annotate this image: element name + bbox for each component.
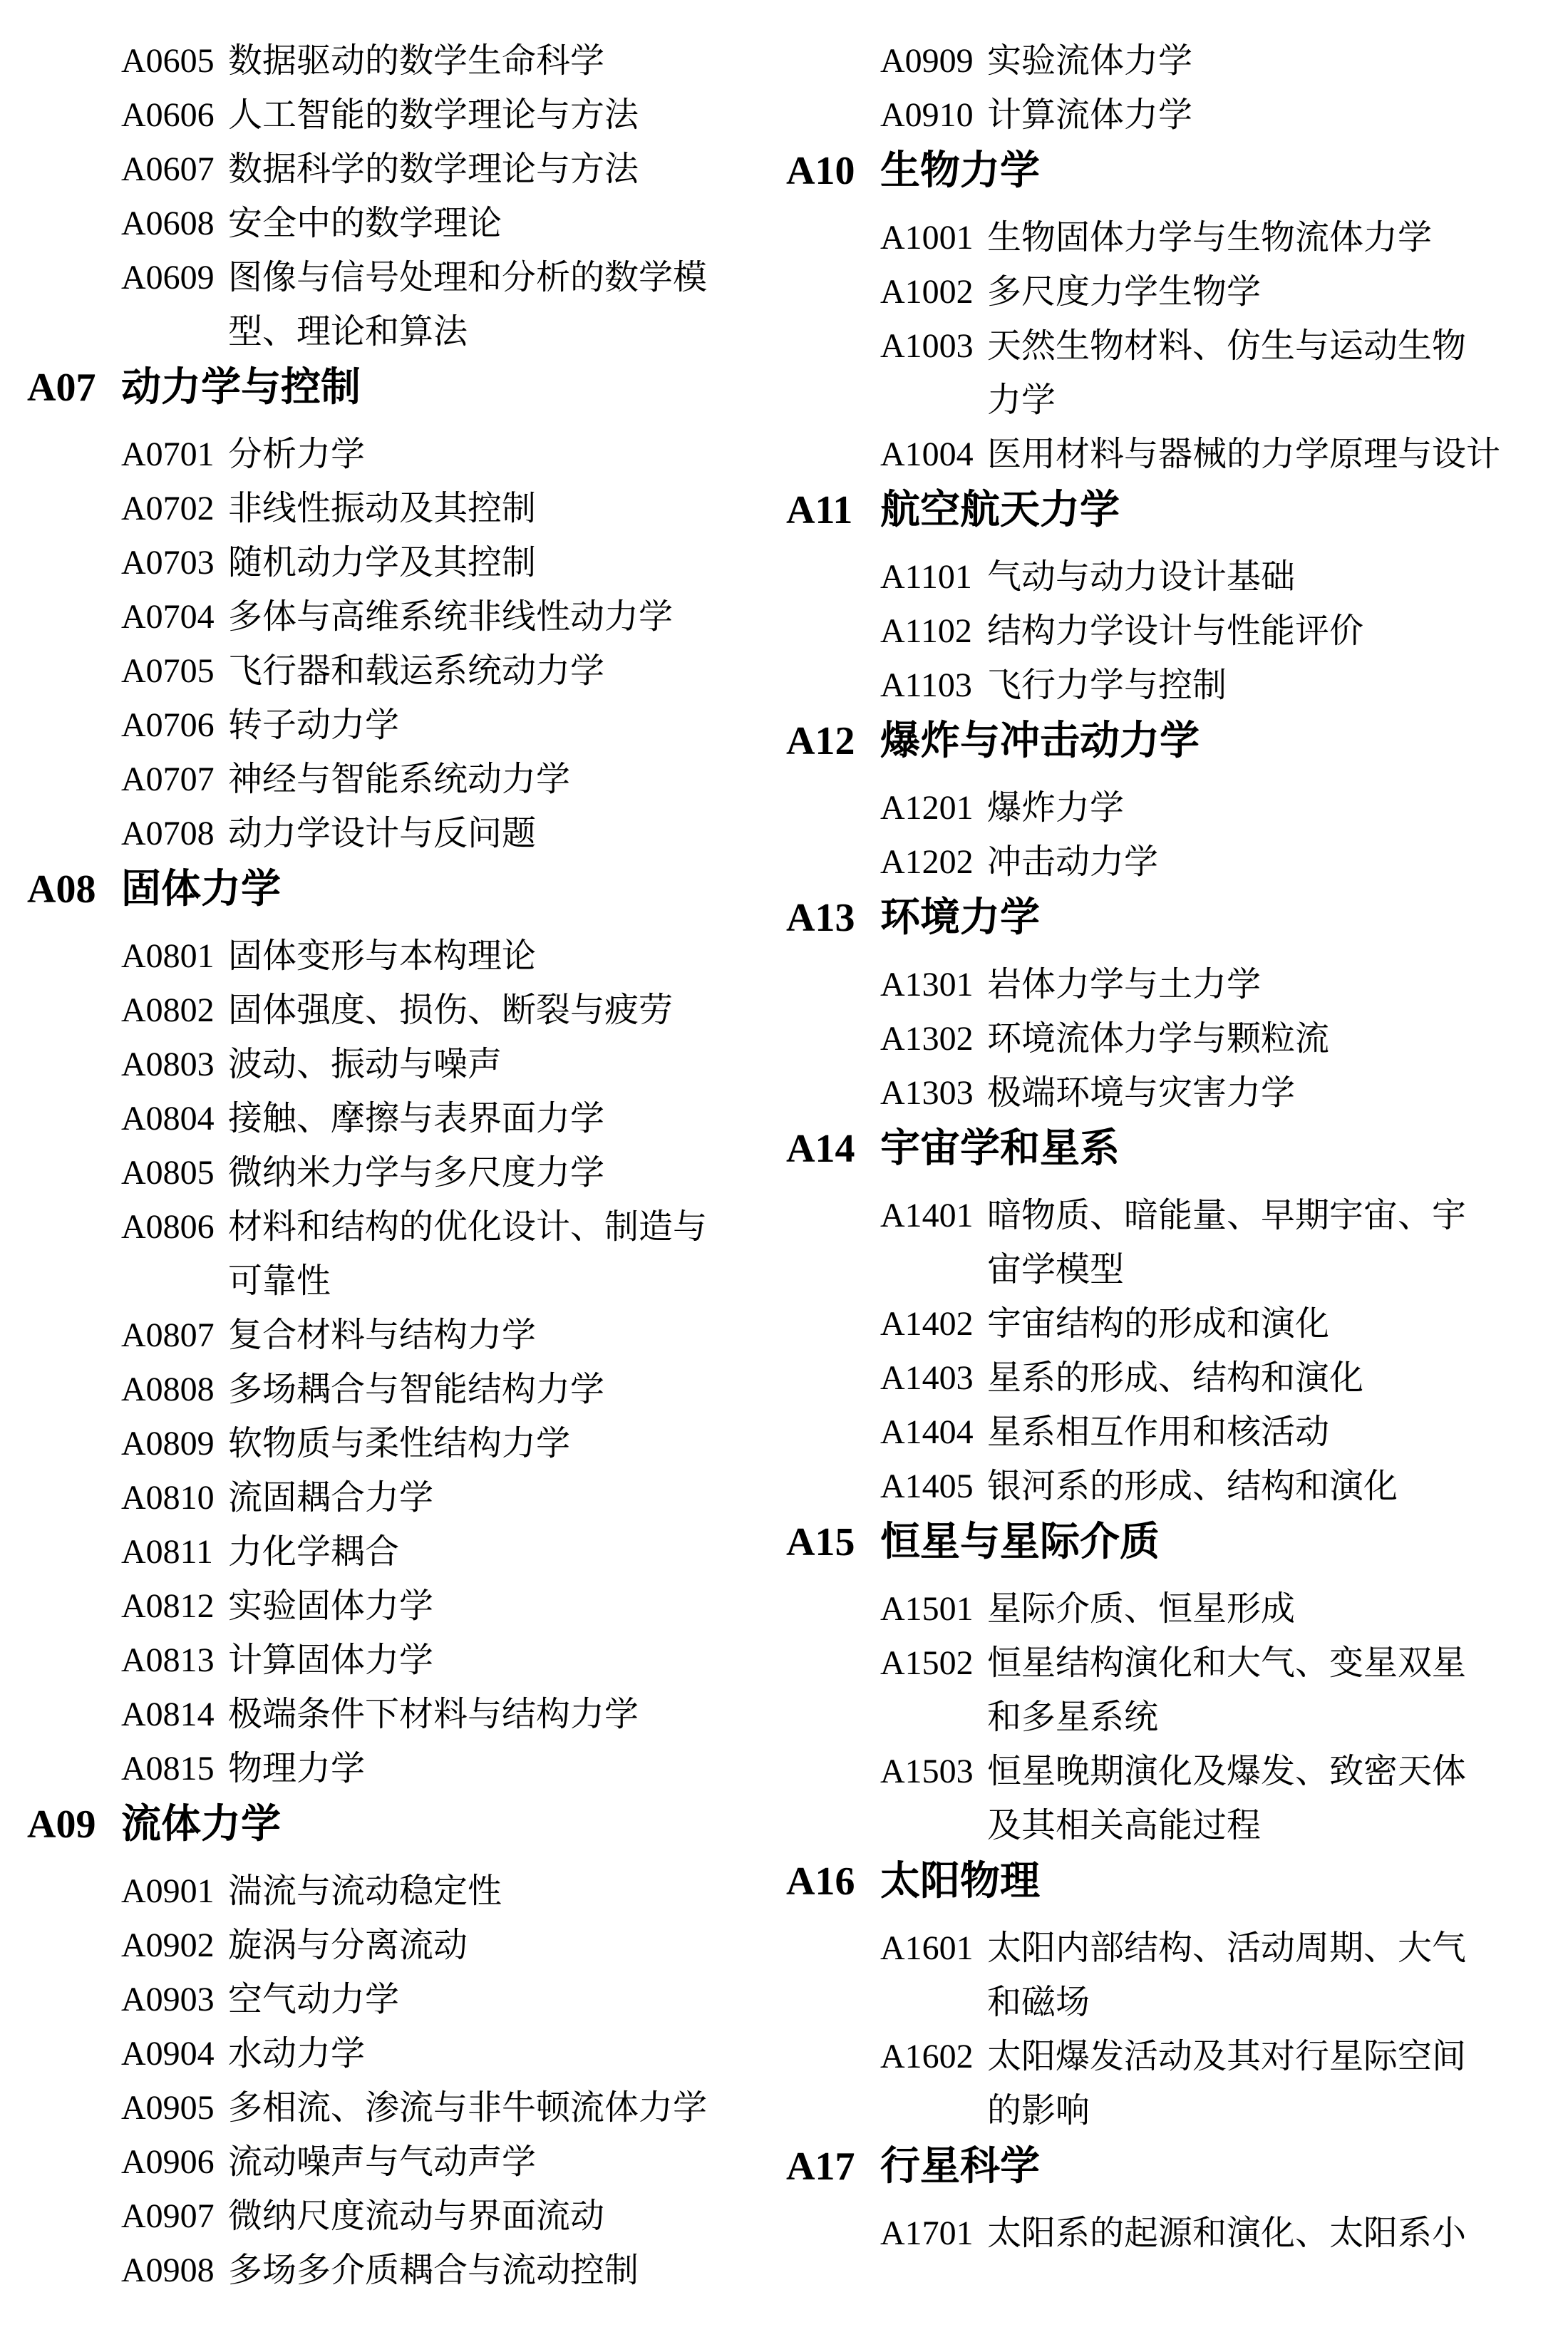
- subject-row: A0805微纳米力学与多尺度力学: [0, 1146, 759, 1200]
- subject-row: A0701分析力学: [0, 428, 759, 482]
- subject-row: A0704多体与高维系统非线性动力学: [0, 590, 759, 644]
- subject-row: A0802固体强度、损伤、断裂与疲劳: [0, 984, 759, 1038]
- subject-code: A0804: [121, 1092, 228, 1146]
- subject-text: 恒星晚期演化及爆发、致密天体 及其相关高能过程: [987, 1745, 1568, 1853]
- subject-text: 极端条件下材料与结构力学: [228, 1688, 827, 1742]
- subject-code: A0606: [121, 88, 228, 143]
- subject-code: A0708: [121, 807, 228, 861]
- subject-code: A0810: [121, 1471, 228, 1525]
- subject-code: A0805: [121, 1146, 228, 1200]
- subject-row: A0801固体变形与本构理论: [0, 929, 759, 984]
- subject-text: 多体与高维系统非线性动力学: [228, 590, 827, 644]
- subject-code: A0703: [121, 536, 228, 590]
- subject-text: 多场耦合与智能结构力学: [228, 1363, 827, 1417]
- subject-code: A1004: [880, 428, 987, 482]
- section-header-row: A12爆炸与冲击动力学: [759, 713, 1568, 781]
- subject-text: 波动、振动与噪声: [228, 1038, 827, 1092]
- subject-code: A1301: [880, 958, 987, 1012]
- subject-code: A1602: [880, 2030, 987, 2084]
- subject-code: A0701: [121, 428, 228, 482]
- subject-code: A0608: [121, 197, 228, 251]
- subject-code: A0704: [121, 590, 228, 644]
- subject-row: A0708动力学设计与反问题: [0, 807, 759, 861]
- subject-text: 随机动力学及其控制: [228, 536, 827, 590]
- subject-code: A1601: [880, 1921, 987, 1976]
- section-code: A11: [786, 482, 880, 539]
- subject-row: A0907微纳尺度流动与界面流动: [0, 2189, 759, 2244]
- section-title: 爆炸与冲击动力学: [880, 713, 1200, 770]
- subject-text: 数据驱动的数学生命科学: [228, 34, 827, 88]
- subject-code: A1201: [880, 781, 987, 835]
- section-code: A17: [786, 2138, 880, 2195]
- subject-text: 计算固体力学: [228, 1634, 827, 1688]
- subject-code: A1701: [880, 2207, 987, 2261]
- section-code: A09: [27, 1796, 121, 1853]
- subject-code: A1002: [880, 265, 987, 319]
- subject-text: 极端环境与灾害力学: [987, 1066, 1568, 1120]
- subject-text: 恒星结构演化和大气、变星双星 和多星系统: [987, 1636, 1568, 1745]
- subject-row: A1003天然生物材料、仿生与运动生物 力学: [759, 319, 1568, 428]
- subject-text: 天然生物材料、仿生与运动生物 力学: [987, 319, 1568, 428]
- subject-row: A0703随机动力学及其控制: [0, 536, 759, 590]
- subject-text: 实验固体力学: [228, 1579, 827, 1634]
- subject-code: A0902: [121, 1919, 228, 1973]
- subject-row: A0908多场多介质耦合与流动控制: [0, 2244, 759, 2298]
- subject-row: A1002多尺度力学生物学: [759, 265, 1568, 319]
- subject-code: A0707: [121, 753, 228, 807]
- subject-code: A0809: [121, 1417, 228, 1471]
- subject-code: A1003: [880, 319, 987, 373]
- section-title: 动力学与控制: [121, 359, 361, 416]
- subject-row: A1404星系相互作用和核活动: [759, 1405, 1568, 1460]
- subject-code: A0807: [121, 1309, 228, 1363]
- subject-row: A1301岩体力学与土力学: [759, 958, 1568, 1012]
- section-header-row: A13环境力学: [759, 889, 1568, 958]
- section-title: 生物力学: [880, 143, 1040, 200]
- subject-row: A0807复合材料与结构力学: [0, 1309, 759, 1363]
- section-title: 宇宙学和星系: [880, 1120, 1120, 1177]
- subject-code: A0908: [121, 2244, 228, 2298]
- subject-text: 接触、摩擦与表界面力学: [228, 1092, 827, 1146]
- subject-row: A0806材料和结构的优化设计、制造与 可靠性: [0, 1200, 759, 1309]
- subject-code: A0814: [121, 1688, 228, 1742]
- subject-text: 神经与智能系统动力学: [228, 753, 827, 807]
- subject-code: A1404: [880, 1405, 987, 1460]
- section-title: 航空航天力学: [880, 482, 1120, 539]
- section-header-row: A10生物力学: [759, 143, 1568, 211]
- column-left: A0605数据驱动的数学生命科学A0606人工智能的数学理论与方法A0607数据…: [0, 0, 759, 2298]
- section-title: 恒星与星际介质: [880, 1514, 1160, 1571]
- subject-code: A0903: [121, 1973, 228, 2027]
- subject-text: 水动力学: [228, 2027, 827, 2081]
- subject-text: 飞行器和载运系统动力学: [228, 644, 827, 698]
- subject-code: A0609: [121, 251, 228, 305]
- subject-row: A0804接触、摩擦与表界面力学: [0, 1092, 759, 1146]
- subject-text: 固体强度、损伤、断裂与疲劳: [228, 984, 827, 1038]
- subject-row: A0909实验流体力学: [759, 34, 1568, 88]
- subject-code: A0812: [121, 1579, 228, 1634]
- subject-code: A0813: [121, 1634, 228, 1688]
- subject-row: A0606人工智能的数学理论与方法: [0, 88, 759, 143]
- subject-text: 旋涡与分离流动: [228, 1919, 827, 1973]
- subject-code: A1101: [880, 550, 987, 604]
- subject-row: A1001生物固体力学与生物流体力学: [759, 211, 1568, 265]
- subject-text: 动力学设计与反问题: [228, 807, 827, 861]
- subject-text: 数据科学的数学理论与方法: [228, 143, 827, 197]
- subject-row: A0707神经与智能系统动力学: [0, 753, 759, 807]
- subject-code: A0802: [121, 984, 228, 1038]
- subject-row: A1201爆炸力学: [759, 781, 1568, 835]
- subject-text: 物理力学: [228, 1742, 827, 1796]
- subject-code: A1405: [880, 1460, 987, 1514]
- section-header-row: A15恒星与星际介质: [759, 1514, 1568, 1582]
- section-code: A13: [786, 889, 880, 946]
- subject-text: 流动噪声与气动声学: [228, 2135, 827, 2189]
- subject-text: 飞行力学与控制: [987, 659, 1568, 713]
- subject-row: A1403星系的形成、结构和演化: [759, 1351, 1568, 1405]
- section-code: A08: [27, 861, 121, 918]
- subject-row: A0808多场耦合与智能结构力学: [0, 1363, 759, 1417]
- subject-code: A1103: [880, 659, 987, 713]
- section-header-row: A17行星科学: [759, 2138, 1568, 2207]
- subject-text: 流固耦合力学: [228, 1471, 827, 1525]
- subject-text: 实验流体力学: [987, 34, 1568, 88]
- subject-row: A0910计算流体力学: [759, 88, 1568, 143]
- section-title: 行星科学: [880, 2138, 1040, 2195]
- subject-row: A0607数据科学的数学理论与方法: [0, 143, 759, 197]
- section-code: A14: [786, 1120, 880, 1177]
- section-code: A15: [786, 1514, 880, 1571]
- subject-code: A1403: [880, 1351, 987, 1405]
- subject-code: A1102: [880, 604, 987, 659]
- subject-code: A1402: [880, 1297, 987, 1351]
- section-title: 流体力学: [121, 1796, 281, 1853]
- subject-row: A0904水动力学: [0, 2027, 759, 2081]
- subject-code: A0605: [121, 34, 228, 88]
- section-title: 太阳物理: [880, 1853, 1040, 1910]
- subject-code: A0905: [121, 2081, 228, 2135]
- subject-code: A1202: [880, 835, 987, 889]
- subject-row: A0605数据驱动的数学生命科学: [0, 34, 759, 88]
- subject-code: A0806: [121, 1200, 228, 1254]
- subject-text: 计算流体力学: [987, 88, 1568, 143]
- subject-text: 多场多介质耦合与流动控制: [228, 2244, 827, 2298]
- subject-code: A0815: [121, 1742, 228, 1796]
- subject-code: A0801: [121, 929, 228, 984]
- section-code: A07: [27, 359, 121, 416]
- subject-text: 非线性振动及其控制: [228, 482, 827, 536]
- subject-text: 人工智能的数学理论与方法: [228, 88, 827, 143]
- subject-code: A0803: [121, 1038, 228, 1092]
- subject-text: 爆炸力学: [987, 781, 1568, 835]
- section-header-row: A07动力学与控制: [0, 359, 759, 428]
- subject-code: A0906: [121, 2135, 228, 2189]
- subject-row: A0813计算固体力学: [0, 1634, 759, 1688]
- section-header-row: A09流体力学: [0, 1796, 759, 1864]
- subject-code: A1502: [880, 1636, 987, 1691]
- subject-text: 软物质与柔性结构力学: [228, 1417, 827, 1471]
- subject-row: A1302环境流体力学与颗粒流: [759, 1012, 1568, 1066]
- subject-text: 太阳内部结构、活动周期、大气 和磁场: [987, 1921, 1568, 2030]
- subject-text: 气动与动力设计基础: [987, 550, 1568, 604]
- subject-code: A1503: [880, 1745, 987, 1799]
- subject-row: A0902旋涡与分离流动: [0, 1919, 759, 1973]
- subject-row: A1601太阳内部结构、活动周期、大气 和磁场: [759, 1921, 1568, 2030]
- subject-text: 湍流与流动稳定性: [228, 1864, 827, 1919]
- subject-code: A1501: [880, 1582, 987, 1636]
- section-code: A16: [786, 1853, 880, 1910]
- subject-text: 分析力学: [228, 428, 827, 482]
- section-code: A10: [786, 143, 880, 200]
- subject-text: 太阳系的起源和演化、太阳系小: [987, 2207, 1568, 2261]
- subject-row: A0809软物质与柔性结构力学: [0, 1417, 759, 1471]
- column-right: A0909实验流体力学A0910计算流体力学A10生物力学A1001生物固体力学…: [759, 0, 1568, 2261]
- subject-code: A0910: [880, 88, 987, 143]
- subject-row: A0702非线性振动及其控制: [0, 482, 759, 536]
- subject-row: A1102结构力学设计与性能评价: [759, 604, 1568, 659]
- section-title: 环境力学: [880, 889, 1040, 946]
- subject-text: 多尺度力学生物学: [987, 265, 1568, 319]
- subject-text: 暗物质、暗能量、早期宇宙、宇 宙学模型: [987, 1189, 1568, 1297]
- subject-text: 材料和结构的优化设计、制造与 可靠性: [228, 1200, 827, 1309]
- subject-row: A1701太阳系的起源和演化、太阳系小: [759, 2207, 1568, 2261]
- subject-code: A0909: [880, 34, 987, 88]
- subject-code: A0907: [121, 2189, 228, 2244]
- subject-row: A0608安全中的数学理论: [0, 197, 759, 251]
- subject-row: A1402宇宙结构的形成和演化: [759, 1297, 1568, 1351]
- subject-row: A1101气动与动力设计基础: [759, 550, 1568, 604]
- subject-row: A0812实验固体力学: [0, 1579, 759, 1634]
- section-header-row: A08固体力学: [0, 861, 759, 929]
- subject-row: A1103飞行力学与控制: [759, 659, 1568, 713]
- subject-row: A0815物理力学: [0, 1742, 759, 1796]
- subject-code: A1401: [880, 1189, 987, 1243]
- subject-row: A1202冲击动力学: [759, 835, 1568, 889]
- subject-row: A1303极端环境与灾害力学: [759, 1066, 1568, 1120]
- subject-code: A1302: [880, 1012, 987, 1066]
- subject-text: 固体变形与本构理论: [228, 929, 827, 984]
- subject-row: A0814极端条件下材料与结构力学: [0, 1688, 759, 1742]
- subject-text: 多相流、渗流与非牛顿流体力学: [228, 2081, 827, 2135]
- subject-code: A0607: [121, 143, 228, 197]
- subject-code: A0811: [121, 1525, 228, 1579]
- subject-text: 安全中的数学理论: [228, 197, 827, 251]
- subject-text: 医用材料与器械的力学原理与设计: [987, 428, 1568, 482]
- subject-row: A1401暗物质、暗能量、早期宇宙、宇 宙学模型: [759, 1189, 1568, 1297]
- subject-text: 太阳爆发活动及其对行星际空间 的影响: [987, 2030, 1568, 2138]
- subject-text: 宇宙结构的形成和演化: [987, 1297, 1568, 1351]
- subject-code: A0706: [121, 698, 228, 753]
- section-title: 固体力学: [121, 861, 281, 918]
- subject-row: A1503恒星晚期演化及爆发、致密天体 及其相关高能过程: [759, 1745, 1568, 1853]
- subject-code: A0705: [121, 644, 228, 698]
- subject-row: A0905多相流、渗流与非牛顿流体力学: [0, 2081, 759, 2135]
- subject-text: 星系的形成、结构和演化: [987, 1351, 1568, 1405]
- subject-code: A0901: [121, 1864, 228, 1919]
- subject-row: A0903空气动力学: [0, 1973, 759, 2027]
- subject-text: 复合材料与结构力学: [228, 1309, 827, 1363]
- section-code: A12: [786, 713, 880, 770]
- subject-row: A1502恒星结构演化和大气、变星双星 和多星系统: [759, 1636, 1568, 1745]
- subject-row: A0705飞行器和载运系统动力学: [0, 644, 759, 698]
- subject-row: A1501星际介质、恒星形成: [759, 1582, 1568, 1636]
- subject-text: 力化学耦合: [228, 1525, 827, 1579]
- document-page: A0605数据驱动的数学生命科学A0606人工智能的数学理论与方法A0607数据…: [0, 0, 1568, 2332]
- subject-text: 图像与信号处理和分析的数学模 型、理论和算法: [228, 251, 827, 359]
- subject-row: A0609图像与信号处理和分析的数学模 型、理论和算法: [0, 251, 759, 359]
- subject-text: 转子动力学: [228, 698, 827, 753]
- subject-text: 空气动力学: [228, 1973, 827, 2027]
- subject-text: 环境流体力学与颗粒流: [987, 1012, 1568, 1066]
- subject-row: A1405银河系的形成、结构和演化: [759, 1460, 1568, 1514]
- subject-row: A0901湍流与流动稳定性: [0, 1864, 759, 1919]
- subject-text: 星系相互作用和核活动: [987, 1405, 1568, 1460]
- subject-text: 冲击动力学: [987, 835, 1568, 889]
- subject-row: A0810流固耦合力学: [0, 1471, 759, 1525]
- subject-code: A1001: [880, 211, 987, 265]
- subject-text: 微纳尺度流动与界面流动: [228, 2189, 827, 2244]
- subject-row: A0906流动噪声与气动声学: [0, 2135, 759, 2189]
- section-header-row: A14宇宙学和星系: [759, 1120, 1568, 1189]
- subject-row: A0811力化学耦合: [0, 1525, 759, 1579]
- section-header-row: A11航空航天力学: [759, 482, 1568, 550]
- subject-code: A0808: [121, 1363, 228, 1417]
- subject-text: 岩体力学与土力学: [987, 958, 1568, 1012]
- subject-code: A0904: [121, 2027, 228, 2081]
- subject-text: 星际介质、恒星形成: [987, 1582, 1568, 1636]
- subject-row: A0803波动、振动与噪声: [0, 1038, 759, 1092]
- subject-code: A0702: [121, 482, 228, 536]
- subject-code: A1303: [880, 1066, 987, 1120]
- subject-text: 生物固体力学与生物流体力学: [987, 211, 1568, 265]
- subject-text: 结构力学设计与性能评价: [987, 604, 1568, 659]
- subject-text: 微纳米力学与多尺度力学: [228, 1146, 827, 1200]
- subject-row: A1602太阳爆发活动及其对行星际空间 的影响: [759, 2030, 1568, 2138]
- section-header-row: A16太阳物理: [759, 1853, 1568, 1921]
- subject-row: A1004医用材料与器械的力学原理与设计: [759, 428, 1568, 482]
- subject-text: 银河系的形成、结构和演化: [987, 1460, 1568, 1514]
- subject-row: A0706转子动力学: [0, 698, 759, 753]
